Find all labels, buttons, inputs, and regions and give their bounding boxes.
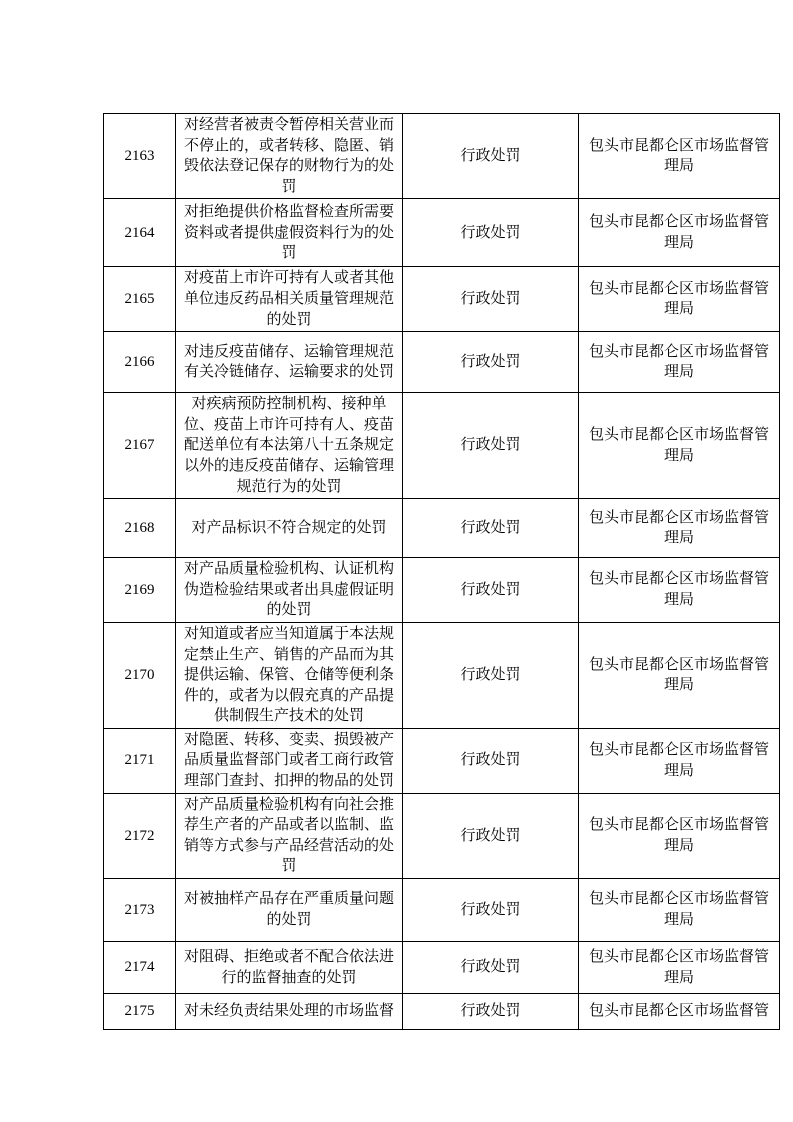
cell-implementing-authority: 包头市昆都仑区市场监督管理局	[579, 393, 780, 499]
cell-implementing-authority: 包头市昆都仑区市场监督管理局	[579, 267, 780, 332]
table-row: 2170对知道或者应当知道属于本法规定禁止生产、销售的产品而为其提供运输、保管、…	[104, 622, 780, 728]
cell-penalty-description: 对拒绝提供价格监督检查所需要资料或者提供虚假资料行为的处罚	[176, 199, 403, 267]
table-row: 2174对阻碍、拒绝或者不配合依法进行的监督抽查的处罚行政处罚包头市昆都仑区市场…	[104, 942, 780, 994]
cell-implementing-authority: 包头市昆都仑区市场监督管理局	[579, 879, 780, 942]
cell-implementing-authority: 包头市昆都仑区市场监督管理局	[579, 332, 780, 393]
cell-penalty-description: 对经营者被责令暂停相关营业而不停止的，或者转移、隐匿、销毁依法登记保存的财物行为…	[176, 114, 403, 199]
cell-penalty-description: 对未经负责结果处理的市场监督	[176, 994, 403, 1030]
table-row: 2171对隐匿、转移、变卖、损毁被产品质量监督部门或者工商行政管理部门查封、扣押…	[104, 728, 780, 793]
document-page: 2163对经营者被责令暂停相关营业而不停止的，或者转移、隐匿、销毁依法登记保存的…	[0, 0, 793, 1122]
cell-penalty-type: 行政处罚	[403, 393, 579, 499]
cell-implementing-authority: 包头市昆都仑区市场监督管理局	[579, 942, 780, 994]
cell-penalty-description: 对产品质量检验机构、认证机构伪造检验结果或者出具虚假证明的处罚	[176, 558, 403, 623]
cell-implementing-authority: 包头市昆都仑区市场监督管理局	[579, 114, 780, 199]
table-row: 2163对经营者被责令暂停相关营业而不停止的，或者转移、隐匿、销毁依法登记保存的…	[104, 114, 780, 199]
cell-penalty-type: 行政处罚	[403, 332, 579, 393]
cell-serial-number: 2165	[104, 267, 176, 332]
cell-serial-number: 2173	[104, 879, 176, 942]
table-row: 2173对被抽样产品存在严重质量问题的处罚行政处罚包头市昆都仑区市场监督管理局	[104, 879, 780, 942]
cell-implementing-authority: 包头市昆都仑区市场监督管	[579, 994, 780, 1030]
cell-penalty-type: 行政处罚	[403, 499, 579, 558]
cell-penalty-description: 对被抽样产品存在严重质量问题的处罚	[176, 879, 403, 942]
table-row: 2169对产品质量检验机构、认证机构伪造检验结果或者出具虚假证明的处罚行政处罚包…	[104, 558, 780, 623]
cell-implementing-authority: 包头市昆都仑区市场监督管理局	[579, 499, 780, 558]
cell-penalty-type: 行政处罚	[403, 558, 579, 623]
cell-penalty-type: 行政处罚	[403, 793, 579, 878]
cell-penalty-description: 对知道或者应当知道属于本法规定禁止生产、销售的产品而为其提供运输、保管、仓储等便…	[176, 622, 403, 728]
cell-serial-number: 2166	[104, 332, 176, 393]
table-row: 2172对产品质量检验机构有向社会推荐生产者的产品或者以监制、监销等方式参与产品…	[104, 793, 780, 878]
cell-penalty-type: 行政处罚	[403, 199, 579, 267]
table-row: 2165对疫苗上市许可持有人或者其他单位违反药品相关质量管理规范的处罚行政处罚包…	[104, 267, 780, 332]
cell-implementing-authority: 包头市昆都仑区市场监督管理局	[579, 622, 780, 728]
cell-penalty-type: 行政处罚	[403, 879, 579, 942]
cell-penalty-type: 行政处罚	[403, 728, 579, 793]
penalty-table-body: 2163对经营者被责令暂停相关营业而不停止的，或者转移、隐匿、销毁依法登记保存的…	[104, 114, 780, 1030]
table-row: 2175对未经负责结果处理的市场监督行政处罚包头市昆都仑区市场监督管	[104, 994, 780, 1030]
cell-penalty-type: 行政处罚	[403, 622, 579, 728]
cell-penalty-type: 行政处罚	[403, 114, 579, 199]
cell-implementing-authority: 包头市昆都仑区市场监督管理局	[579, 728, 780, 793]
cell-serial-number: 2163	[104, 114, 176, 199]
cell-serial-number: 2172	[104, 793, 176, 878]
cell-serial-number: 2169	[104, 558, 176, 623]
cell-penalty-description: 对隐匿、转移、变卖、损毁被产品质量监督部门或者工商行政管理部门查封、扣押的物品的…	[176, 728, 403, 793]
cell-serial-number: 2168	[104, 499, 176, 558]
table-row: 2168对产品标识不符合规定的处罚行政处罚包头市昆都仑区市场监督管理局	[104, 499, 780, 558]
table-row: 2164对拒绝提供价格监督检查所需要资料或者提供虚假资料行为的处罚行政处罚包头市…	[104, 199, 780, 267]
table-row: 2167对疾病预防控制机构、接种单位、疫苗上市许可持有人、疫苗配送单位有本法第八…	[104, 393, 780, 499]
cell-penalty-type: 行政处罚	[403, 942, 579, 994]
cell-serial-number: 2175	[104, 994, 176, 1030]
cell-serial-number: 2164	[104, 199, 176, 267]
cell-penalty-description: 对疾病预防控制机构、接种单位、疫苗上市许可持有人、疫苗配送单位有本法第八十五条规…	[176, 393, 403, 499]
cell-serial-number: 2171	[104, 728, 176, 793]
cell-penalty-type: 行政处罚	[403, 267, 579, 332]
cell-implementing-authority: 包头市昆都仑区市场监督管理局	[579, 793, 780, 878]
cell-serial-number: 2170	[104, 622, 176, 728]
table-row: 2166对违反疫苗储存、运输管理规范有关冷链储存、运输要求的处罚行政处罚包头市昆…	[104, 332, 780, 393]
cell-implementing-authority: 包头市昆都仑区市场监督管理局	[579, 199, 780, 267]
penalty-table: 2163对经营者被责令暂停相关营业而不停止的，或者转移、隐匿、销毁依法登记保存的…	[103, 113, 780, 1030]
cell-implementing-authority: 包头市昆都仑区市场监督管理局	[579, 558, 780, 623]
cell-penalty-description: 对阻碍、拒绝或者不配合依法进行的监督抽查的处罚	[176, 942, 403, 994]
cell-serial-number: 2174	[104, 942, 176, 994]
cell-penalty-description: 对疫苗上市许可持有人或者其他单位违反药品相关质量管理规范的处罚	[176, 267, 403, 332]
cell-penalty-description: 对违反疫苗储存、运输管理规范有关冷链储存、运输要求的处罚	[176, 332, 403, 393]
cell-penalty-description: 对产品标识不符合规定的处罚	[176, 499, 403, 558]
cell-penalty-description: 对产品质量检验机构有向社会推荐生产者的产品或者以监制、监销等方式参与产品经营活动…	[176, 793, 403, 878]
cell-serial-number: 2167	[104, 393, 176, 499]
cell-penalty-type: 行政处罚	[403, 994, 579, 1030]
